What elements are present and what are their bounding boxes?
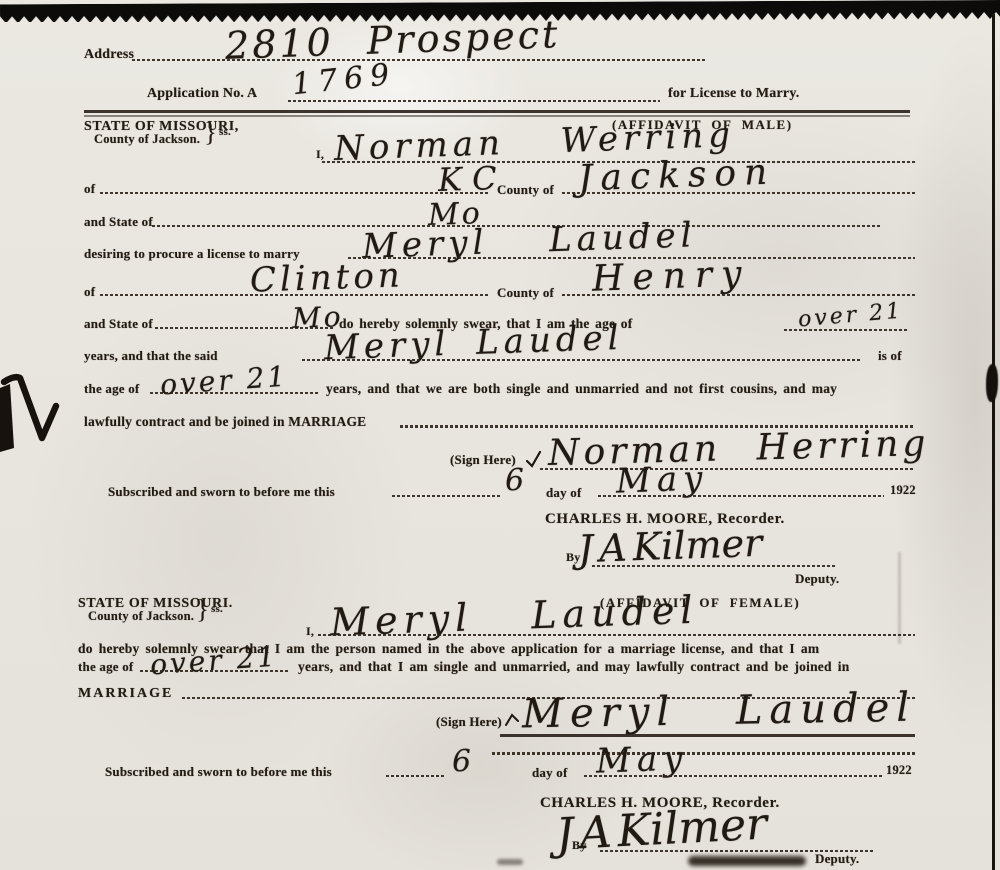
male-is-of-text: is of [878,348,902,364]
male-county-of2-label: County of [497,285,554,301]
ink-mark-left [0,372,72,456]
male-age-of-label: the age of [84,381,139,397]
female-signature: Meryl Laudel [522,685,917,738]
female-year: 1922 [886,763,912,778]
male-marriage-text: lawfully contract and be joined in MARRI… [84,414,366,430]
female-deputy-label: Deputy. [815,851,859,867]
male-county-of-label: County of [497,182,554,198]
male-i-label: I, [316,147,324,162]
male-of2-label: of [84,284,95,300]
female-age-rule [140,670,290,672]
male-cousins-text: years, and that we are both single and u… [326,381,837,397]
male-bride-city: Clinton [249,255,404,300]
smudge-bottom [688,856,806,866]
male-day: 6 [504,463,527,499]
ink-blob-right [986,364,998,402]
male-deputy-signature: J A Kilmer [577,521,763,571]
female-i-label: I, [306,624,314,639]
male-applicant-age: over 21 [797,298,904,332]
male-age2-rule [150,392,318,394]
female-county-line: County of Jackson. [88,609,194,624]
male-of-label: of [84,181,95,197]
male-bride-county: Henry [591,253,751,300]
female-marriage-label: MARRIAGE [78,686,173,702]
male-subscribed-text: Subscribed and sworn to before me this [108,484,335,500]
male-signature: Norman Herring [548,423,930,474]
male-of-line-a [100,192,490,194]
female-sign-here-label: (Sign Here) [436,714,502,730]
female-brace: } [196,594,209,625]
male-county-line: County of Jackson. [94,132,200,147]
male-said-line [302,359,860,361]
male-month-rule [598,495,884,497]
female-sign-line [500,734,915,737]
scan-streak [898,552,901,644]
male-deputy-label: Deputy. [795,571,839,587]
male-and-state-label: and State of [84,214,153,230]
license-label: for License to Marry. [668,86,799,102]
male-sign-line [540,468,915,470]
application-label: Application No. A [147,86,257,102]
application-line [288,100,660,102]
male-year: 1922 [890,483,916,498]
female-month-rule [584,775,882,777]
male-by-line [592,565,837,567]
male-subscribed-rule [392,495,500,497]
female-extra-line [492,752,915,755]
male-said-age: over 21 [159,360,289,402]
address-line [132,59,705,61]
smudge-bottom-small [497,859,523,865]
male-day-of-label: day of [546,485,582,501]
male-ss: ss. [219,126,231,138]
male-said-text: years, and that the said [84,348,218,364]
male-of-line-b [562,192,915,194]
address-label: Address [84,47,134,63]
female-name-line [318,634,915,636]
scanned-marriage-application: Address 2810 Prospect Application No. A … [0,0,1000,870]
female-check-mark-icon [505,712,519,728]
male-applicant-city: K C [437,159,497,199]
female-subscribed-rule [386,775,444,777]
section-rule [84,110,910,113]
male-check-mark-icon [526,450,542,468]
female-ss: ss. [211,603,223,615]
paper-edge-right [992,14,995,870]
female-subscribed-text: Subscribed and sworn to before me this [105,764,332,780]
male-of2-line-b [562,294,915,296]
female-day: 6 [451,744,474,780]
female-age-of-label: the age of [78,659,133,675]
female-day-of-label: day of [532,765,568,781]
female-single-text: years, and that I am single and unmarrie… [298,659,849,675]
male-brace: } [204,117,217,148]
male-and-state2-label: and State of [84,316,153,332]
